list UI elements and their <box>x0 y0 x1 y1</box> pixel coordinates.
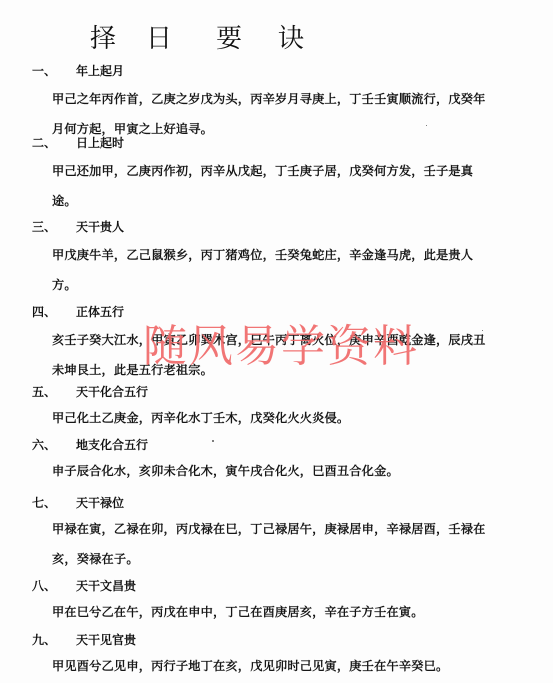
section-8: 八、 天干文昌贵 甲在巳兮乙在午，丙戊在申中，丁己在酉庚居亥，辛在子方壬在寅。 <box>0 577 553 627</box>
section-body: 甲己还加甲，乙庚丙作初，丙辛从戊起，丁壬庚子居，戊癸何方发，壬子是真途。 <box>52 156 492 216</box>
section-title: 天干禄位 <box>76 494 124 511</box>
section-6: 六、 地支化合五行 申子辰合化水，亥卯未合化木，寅午戌合化火，巳酉丑合化金。 <box>0 436 553 486</box>
section-number: 九、 <box>32 631 56 648</box>
section-body: 甲在巳兮乙在午，丙戊在申中，丁己在酉庚居亥，辛在子方壬在寅。 <box>52 597 492 627</box>
section-heading: 八、 天干文昌贵 <box>0 577 553 597</box>
section-body: 甲见酉兮乙见申，丙行子地丁在亥，戊见卯时己见寅，庚壬在午辛癸巳。 <box>52 651 492 681</box>
section-heading: 四、 正体五行 <box>0 303 553 323</box>
scan-speck <box>482 330 483 331</box>
section-title: 天干贵人 <box>76 218 124 235</box>
section-body: 亥壬子癸大江水，甲寅乙卯巽木宫，巳午丙丁离火位，庚申辛酉乾金逢，辰戌丑未坤艮土，… <box>52 325 492 385</box>
section-title: 天干文昌贵 <box>76 577 136 594</box>
document-title: 择日要诀 <box>90 18 334 55</box>
section-heading: 五、 天干化合五行 <box>0 383 553 403</box>
section-body: 甲己化土乙庚金，丙辛化水丁壬木，戊癸化火火炎侵。 <box>52 403 492 433</box>
section-number: 三、 <box>32 218 56 235</box>
section-title: 天干化合五行 <box>76 383 148 400</box>
section-7: 七、 天干禄位 甲禄在寅，乙禄在卯，丙戊禄在巳，丁己禄居午，庚禄居申，辛禄居酉，… <box>0 494 553 574</box>
section-title: 天干见官贵 <box>76 631 136 648</box>
section-3: 三、 天干贵人 甲戊庚牛羊，乙己鼠猴乡，丙丁猪鸡位，壬癸兔蛇庄，辛金逢马虎，此是… <box>0 218 553 300</box>
section-1: 一、 年上起月 甲己之年丙作首，乙庚之岁戊为头，丙辛岁月寻庚上，丁壬壬寅顺流行，… <box>0 62 553 144</box>
section-heading: 二、 日上起时 <box>0 134 553 154</box>
section-heading: 七、 天干禄位 <box>0 494 553 514</box>
title-char: 要 <box>216 18 242 55</box>
scan-speck <box>345 523 346 524</box>
section-number: 七、 <box>32 494 56 511</box>
section-title: 日上起时 <box>76 134 124 151</box>
scan-speck <box>212 440 214 442</box>
section-5: 五、 天干化合五行 甲己化土乙庚金，丙辛化水丁壬木，戊癸化火火炎侵。 <box>0 383 553 433</box>
title-char: 日 <box>146 18 172 55</box>
section-number: 一、 <box>32 62 56 79</box>
scan-speck <box>426 125 427 126</box>
section-title: 年上起月 <box>76 62 124 79</box>
scanned-document-page: 择日要诀 一、 年上起月 甲己之年丙作首，乙庚之岁戊为头，丙辛岁月寻庚上，丁壬壬… <box>0 0 553 683</box>
section-4: 四、 正体五行 亥壬子癸大江水，甲寅乙卯巽木宫，巳午丙丁离火位，庚申辛酉乾金逢，… <box>0 303 553 385</box>
section-number: 八、 <box>32 577 56 594</box>
section-2: 二、 日上起时 甲己还加甲，乙庚丙作初，丙辛从戊起，丁壬庚子居，戊癸何方发，壬子… <box>0 134 553 216</box>
section-number: 五、 <box>32 383 56 400</box>
section-heading: 一、 年上起月 <box>0 62 553 82</box>
section-heading: 六、 地支化合五行 <box>0 436 553 456</box>
section-title: 正体五行 <box>76 303 124 320</box>
section-number: 二、 <box>32 134 56 151</box>
title-char: 择 <box>90 18 116 55</box>
section-number: 六、 <box>32 436 56 453</box>
section-heading: 三、 天干贵人 <box>0 218 553 238</box>
section-number: 四、 <box>32 303 56 320</box>
section-body: 甲禄在寅，乙禄在卯，丙戊禄在巳，丁己禄居午，庚禄居申，辛禄居酉，壬禄在亥，癸禄在… <box>52 514 492 574</box>
section-body: 申子辰合化水，亥卯未合化木，寅午戌合化火，巳酉丑合化金。 <box>52 456 492 486</box>
section-title: 地支化合五行 <box>76 436 148 453</box>
section-heading: 九、 天干见官贵 <box>0 631 553 651</box>
section-9: 九、 天干见官贵 甲见酉兮乙见申，丙行子地丁在亥，戊见卯时己见寅，庚壬在午辛癸巳… <box>0 631 553 681</box>
section-body: 甲戊庚牛羊，乙己鼠猴乡，丙丁猪鸡位，壬癸兔蛇庄，辛金逢马虎，此是贵人方。 <box>52 240 492 300</box>
title-char: 诀 <box>278 18 304 55</box>
